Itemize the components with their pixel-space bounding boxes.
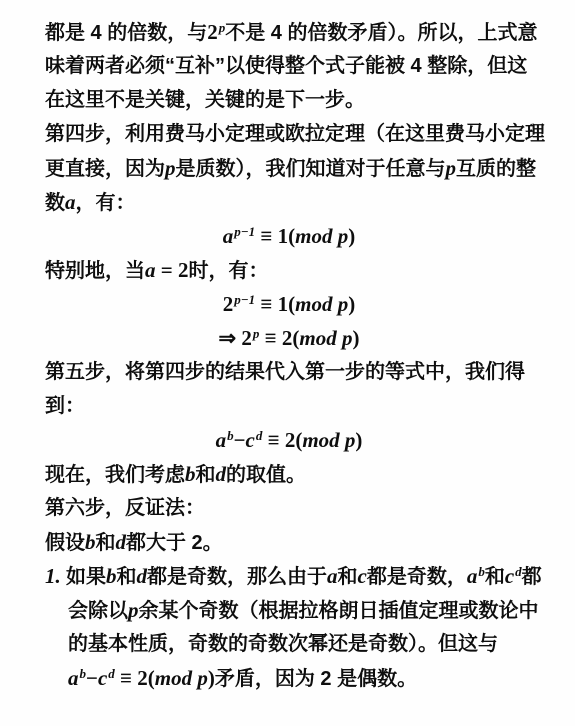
text-run: 都是奇数，那么由于 <box>147 566 327 588</box>
text-run: 如果 <box>66 566 106 588</box>
formula-line: ab−cd ≡ 2(mod p) <box>45 423 533 457</box>
math-run: ) <box>208 666 215 690</box>
list-continuation-line: ab−cd ≡ 2(mod p)矛盾，因为 2 是偶数。 <box>45 661 533 695</box>
math-run: = 2 <box>156 258 189 282</box>
math-run: c <box>505 564 514 588</box>
math-run: ) <box>352 326 359 350</box>
text-run: 和 <box>117 566 137 588</box>
paragraph-line: 都是 4 的倍数，与2p不是 4 的倍数矛盾）。所以，上式意 <box>45 15 533 49</box>
text-run: 假设 <box>45 532 85 554</box>
math-run: ≡ 2( <box>262 428 302 452</box>
list-item-line: 1. 如果b和d都是奇数，那么由于a和c都是奇数，ab和cd都 <box>45 559 533 593</box>
text-run: 互质的整 <box>456 158 536 180</box>
superscript-run: p−1 <box>234 292 255 307</box>
math-run: 1. <box>45 564 66 588</box>
formula-line: 2p−1 ≡ 1(mod p) <box>45 287 533 321</box>
math-run: a <box>467 564 478 588</box>
list-continuation-line: 的基本性质，奇数的奇数次幂还是奇数）。但这与 <box>45 627 533 661</box>
math-run: − <box>234 428 246 452</box>
text-run: 时，有： <box>188 260 268 282</box>
math-run: a <box>223 224 234 248</box>
paragraph-line: 数a，有： <box>45 185 533 219</box>
text-run: 都是 4 的倍数，与 <box>45 22 207 44</box>
text-run: 都 <box>522 566 542 588</box>
text-run: 余某个奇数（根据拉格朗日插值定理或数论中 <box>139 600 539 622</box>
math-run: d <box>116 530 127 554</box>
math-run: c <box>98 666 107 690</box>
text-run: 特别地，当 <box>45 260 145 282</box>
math-run: mod p <box>155 666 208 690</box>
paragraph-line: 特别地，当a = 2时，有： <box>45 253 533 287</box>
text-run: 不是 4 的倍数矛盾）。所以，上式意 <box>225 22 537 44</box>
formula-line: ap−1 ≡ 1(mod p) <box>45 219 533 253</box>
paragraph-line: 在这里不是关键，关键的是下一步。 <box>45 83 533 117</box>
text-run: 会除以 <box>68 600 128 622</box>
paragraph-line: 假设b和d都大于 2。 <box>45 525 533 559</box>
text-run: 都大于 2。 <box>126 532 223 554</box>
text-run: 的基本性质，奇数的奇数次幂还是奇数）。但这与 <box>68 633 498 655</box>
math-run: mod p <box>302 428 355 452</box>
math-run: ≡ 2( <box>115 666 155 690</box>
text-run: 和 <box>338 566 358 588</box>
math-run: ) <box>355 428 362 452</box>
math-run: b <box>106 564 117 588</box>
text-run: ，有： <box>76 192 136 214</box>
paragraph-line: 第四步，利用费马小定理或欧拉定理（在这里费马小定理 <box>45 117 533 151</box>
text-run: 第四步，利用费马小定理或欧拉定理（在这里费马小定理 <box>45 123 545 145</box>
paragraph-line: 第五步，将第四步的结果代入第一步的等式中，我们得 <box>45 355 533 389</box>
math-run: d <box>216 462 227 486</box>
superscript-run: d <box>256 428 263 443</box>
math-run: a <box>145 258 156 282</box>
document-page: 都是 4 的倍数，与2p不是 4 的倍数矛盾）。所以，上式意 味着两者必须“互补… <box>0 0 575 726</box>
math-run: a <box>65 190 76 214</box>
text-run: 更直接，因为 <box>45 158 165 180</box>
formula-line: ⇒ 2p ≡ 2(mod p) <box>45 321 533 355</box>
math-run: ⇒ 2 <box>219 326 252 350</box>
superscript-run: d <box>108 666 115 681</box>
math-run: d <box>137 564 148 588</box>
math-run: ≡ 1( <box>255 224 295 248</box>
list-continuation-line: 会除以p余某个奇数（根据拉格朗日插值定理或数论中 <box>45 593 533 627</box>
paragraph-line: 到： <box>45 389 533 423</box>
superscript-run: p <box>219 20 226 35</box>
math-run: mod p <box>299 326 352 350</box>
math-run: 2 <box>223 292 234 316</box>
text-run: 在这里不是关键，关键的是下一步。 <box>45 89 365 111</box>
math-run: ≡ 2( <box>259 326 299 350</box>
math-run: a <box>68 666 79 690</box>
math-run: p <box>446 156 457 180</box>
math-run: ≡ 1( <box>255 292 295 316</box>
text-run: 矛盾，因为 2 是偶数。 <box>215 668 417 690</box>
math-run: ) <box>348 224 355 248</box>
text-run: 到： <box>45 395 85 417</box>
math-run: p <box>128 598 139 622</box>
text-run: 都是奇数， <box>367 566 467 588</box>
math-run: b <box>85 530 96 554</box>
superscript-run: b <box>80 666 87 681</box>
math-run: − <box>86 666 98 690</box>
math-run: mod p <box>295 292 348 316</box>
superscript-run: p <box>253 326 260 341</box>
text-run: 数 <box>45 192 65 214</box>
math-run: c <box>358 564 367 588</box>
text-run: 味着两者必须“互补”以使得整个式子能被 4 整除，但这 <box>45 55 527 77</box>
text-run: 和 <box>196 464 216 486</box>
paragraph-line: 味着两者必须“互补”以使得整个式子能被 4 整除，但这 <box>45 49 533 83</box>
text-run: 和 <box>96 532 116 554</box>
paragraph-line: 现在，我们考虑b和d的取值。 <box>45 457 533 491</box>
math-run: mod p <box>295 224 348 248</box>
math-run: 2 <box>207 20 218 44</box>
math-run: ) <box>348 292 355 316</box>
text-run: 第六步，反证法： <box>45 497 205 519</box>
paragraph-line: 第六步，反证法： <box>45 491 533 525</box>
math-run: b <box>185 462 196 486</box>
superscript-run: b <box>227 428 234 443</box>
math-run: a <box>216 428 227 452</box>
paragraph-line: 更直接，因为p是质数），我们知道对于任意与p互质的整 <box>45 151 533 185</box>
superscript-run: d <box>515 564 522 579</box>
text-run: 的取值。 <box>226 464 306 486</box>
math-run: p <box>165 156 176 180</box>
text-run: 和 <box>485 566 505 588</box>
text-run: 现在，我们考虑 <box>45 464 185 486</box>
text-run: 是质数），我们知道对于任意与 <box>176 158 446 180</box>
math-run: a <box>327 564 338 588</box>
superscript-run: b <box>478 564 485 579</box>
superscript-run: p−1 <box>234 224 255 239</box>
text-run: 第五步，将第四步的结果代入第一步的等式中，我们得 <box>45 361 525 383</box>
math-run: c <box>246 428 255 452</box>
